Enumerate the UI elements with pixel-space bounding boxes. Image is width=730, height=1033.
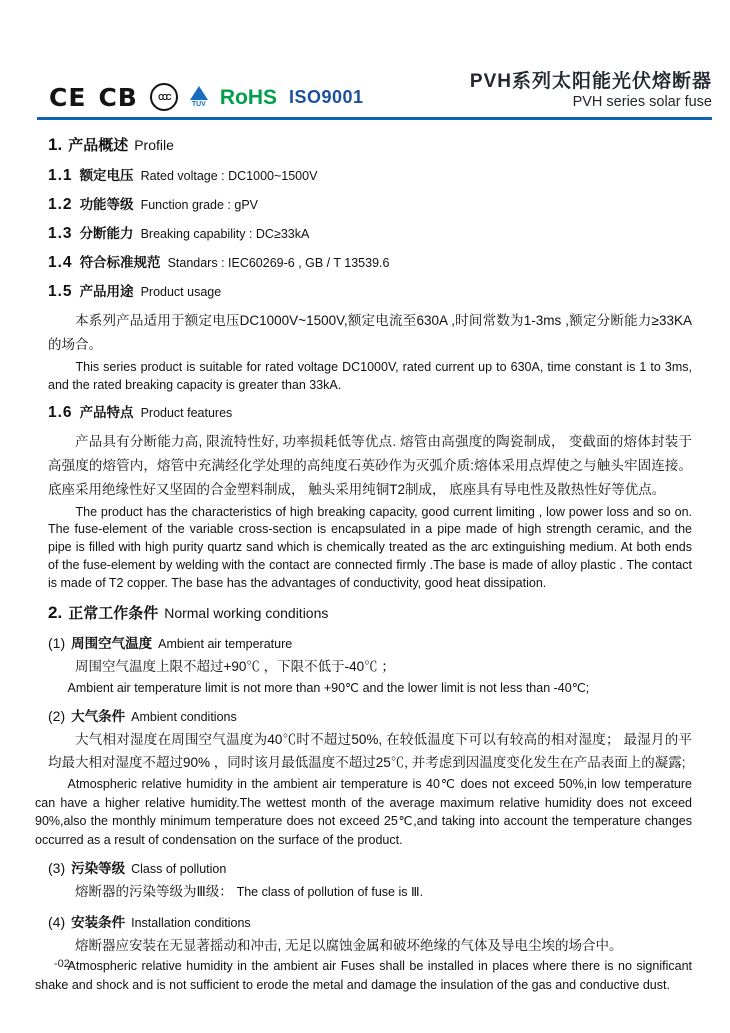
item-1-5: 1.5 产品用途 Product usage (48, 280, 692, 301)
item-1-6: 1.6 产品特点 Product features (48, 401, 692, 422)
condition-title-zh: 大气条件 (71, 705, 125, 725)
product-usage-paragraph-en: This series product is suitable for rate… (48, 359, 692, 395)
product-features-paragraph-zh: 产品具有分断能力高, 限流特性好, 功率损耗低等优点. 熔管由高强度的陶瓷制成，… (48, 430, 692, 502)
section-1-title-zh: 产品概述 (68, 134, 128, 155)
condition-1-body-zh: 周围空气温度上限不超过+90℃ ，下限不低于-40℃ ； (48, 655, 692, 679)
ce-mark-icon: CE (49, 85, 86, 110)
section-1-title-en: Profile (134, 137, 174, 153)
item-label-en: Rated voltage : DC1000~1500V (141, 169, 318, 183)
tuv-triangle-icon (190, 86, 208, 100)
item-number: 1.4 (48, 254, 73, 272)
iso9001-mark-icon: ISO9001 (289, 88, 364, 106)
product-usage-paragraph-zh: 本系列产品适用于额定电压DC1000V~1500V,额定电流至630A ,时间常… (48, 309, 692, 357)
title-chinese: PVH系列太阳能光伏熔断器 (470, 70, 712, 94)
item-number: 1.5 (48, 283, 73, 301)
condition-3-body: 熔断器的污染等级为Ⅲ级： The class of pollution of f… (48, 880, 692, 904)
ccc-mark-icon: CCC (150, 83, 178, 111)
condition-4-body-zh: 熔断器应安装在无显著摇动和冲击, 无足以腐蚀金属和破坏绝缘的气体及导电尘埃的场合… (48, 934, 692, 958)
document-title: PVH系列太阳能光伏熔断器 PVH series solar fuse (470, 70, 712, 111)
tuv-mark-icon: TÜV (190, 86, 208, 108)
cb-mark-icon: CB (98, 85, 137, 110)
condition-4: (4) 安装条件 Installation conditions 熔断器应安装在… (48, 911, 692, 995)
condition-number: (3) (48, 860, 65, 876)
item-label-zh: 符合标准规范 (80, 251, 161, 271)
item-label-zh: 功能等级 (80, 193, 134, 213)
item-number: 1.2 (48, 196, 73, 214)
item-1-3: 1.3 分断能力 Breaking capability : DC≥33kA (48, 222, 692, 243)
condition-2: (2) 大气条件 Ambient conditions 大气相对湿度在周围空气温… (48, 705, 692, 850)
item-label-en: Product usage (141, 285, 222, 299)
condition-2-body-zh: 大气相对湿度在周围空气温度为40℃时不超过50%, 在较低温度下可以有较高的相对… (48, 728, 692, 775)
section-1-number: 1. (48, 135, 62, 155)
condition-title-en: Class of pollution (131, 862, 226, 876)
ccc-mark-text: CCC (158, 93, 169, 102)
condition-number: (1) (48, 635, 65, 651)
condition-1-heading: (1) 周围空气温度 Ambient air temperature (48, 632, 692, 652)
rohs-mark-icon: RoHS (220, 87, 277, 108)
title-english: PVH series solar fuse (470, 94, 712, 111)
page-content: 1. 产品概述 Profile 1.1 额定电压 Rated voltage :… (48, 134, 692, 995)
item-label-zh: 产品用途 (80, 280, 134, 300)
section-2-title-zh: 正常工作条件 (68, 602, 158, 623)
condition-4-heading: (4) 安装条件 Installation conditions (48, 911, 692, 931)
condition-title-zh: 污染等级 (71, 857, 125, 877)
tuv-mark-text: TÜV (192, 101, 206, 108)
condition-number: (2) (48, 708, 65, 724)
condition-title-zh: 周围空气温度 (71, 632, 152, 652)
item-label-en: Standars : IEC60269-6 , GB / T 13539.6 (168, 256, 390, 270)
condition-3-body-zh: 熔断器的污染等级为Ⅲ级： (75, 884, 233, 899)
item-number: 1.1 (48, 167, 73, 185)
section-2-number: 2. (48, 603, 62, 623)
item-label-zh: 分断能力 (80, 222, 134, 242)
condition-title-en: Ambient air temperature (158, 637, 292, 651)
page-number: -02- (54, 958, 74, 970)
condition-title-zh: 安装条件 (71, 911, 125, 931)
item-label-en: Function grade : gPV (141, 198, 258, 212)
certification-logos: CE CB CCC TÜV RoHS ISO9001 (49, 83, 364, 111)
condition-4-body-en: Atmospheric relative humidity in the amb… (35, 957, 692, 995)
condition-number: (4) (48, 914, 65, 930)
item-label-zh: 产品特点 (80, 401, 134, 421)
item-1-2: 1.2 功能等级 Function grade : gPV (48, 193, 692, 214)
condition-title-en: Installation conditions (131, 916, 251, 930)
section-2-title-en: Normal working conditions (164, 605, 328, 621)
condition-1-body-en: Ambient air temperature limit is not mor… (35, 679, 692, 698)
item-number: 1.6 (48, 404, 73, 422)
condition-3-heading: (3) 污染等级 Class of pollution (48, 857, 692, 877)
condition-title-en: Ambient conditions (131, 710, 237, 724)
header-divider (37, 117, 712, 120)
section-1-heading: 1. 产品概述 Profile (48, 134, 692, 155)
section-2-heading: 2. 正常工作条件 Normal working conditions (48, 602, 692, 623)
item-label-en: Product features (141, 406, 233, 420)
product-features-paragraph-en: The product has the characteristics of h… (48, 504, 692, 593)
item-label-en: Breaking capability : DC≥33kA (141, 227, 310, 241)
item-1-4: 1.4 符合标准规范 Standars : IEC60269-6 , GB / … (48, 251, 692, 272)
page-header: CE CB CCC TÜV RoHS ISO9001 PVH系列太阳能光伏熔断器… (37, 70, 712, 120)
condition-2-heading: (2) 大气条件 Ambient conditions (48, 705, 692, 725)
document-page: CE CB CCC TÜV RoHS ISO9001 PVH系列太阳能光伏熔断器… (0, 0, 730, 1033)
condition-1: (1) 周围空气温度 Ambient air temperature 周围空气温… (48, 632, 692, 697)
item-label-zh: 额定电压 (80, 164, 134, 184)
condition-3-body-en: The class of pollution of fuse is Ⅲ. (237, 885, 424, 899)
item-number: 1.3 (48, 225, 73, 243)
condition-3: (3) 污染等级 Class of pollution 熔断器的污染等级为Ⅲ级：… (48, 857, 692, 904)
item-1-1: 1.1 额定电压 Rated voltage : DC1000~1500V (48, 164, 692, 185)
condition-2-body-en: Atmospheric relative humidity in the amb… (35, 775, 692, 850)
